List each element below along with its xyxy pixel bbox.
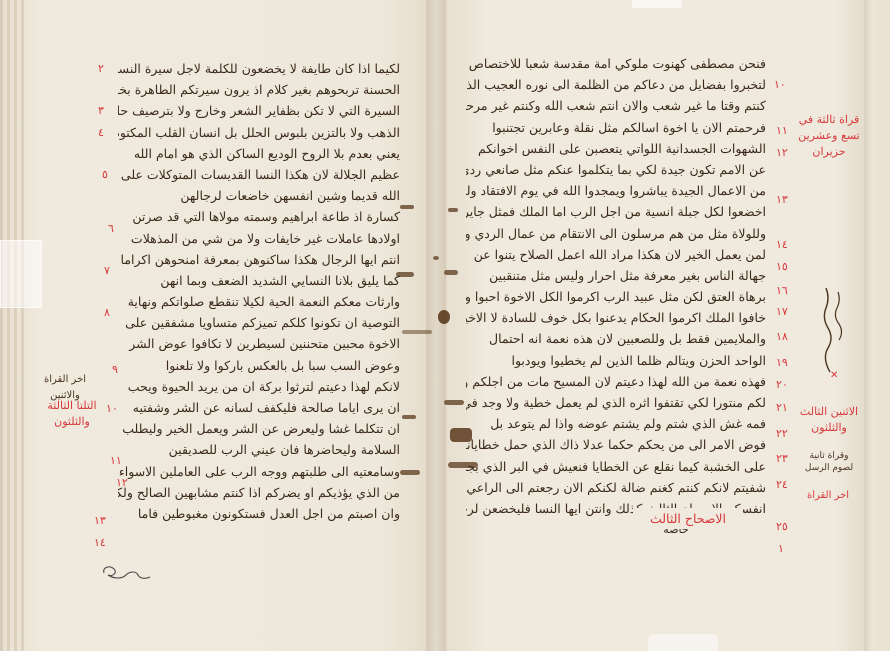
- text-line: فنحن مصطفى كهنوت ملوكي امة مقدسة شعبا لل…: [466, 53, 766, 74]
- verse-number: ١٧: [776, 305, 788, 318]
- verse-number: ١٠: [106, 402, 118, 415]
- text-line: فرحمتم الان يا اخوة اسالكم مثل نقلة وعاب…: [466, 117, 766, 138]
- text-line: برهاة العتق لكن مثل عبيد الرب اكرموا الك…: [466, 286, 766, 307]
- text-line: لمن يعمل الخير لان هكذا مراد الله اعمل ا…: [466, 244, 766, 265]
- text-line: لكيما اذا كان طايفة لا يخضعون للكلمة لاج…: [118, 58, 400, 79]
- verse-number: ٤: [98, 126, 104, 139]
- text-line: كسارة اذ طاعة ابراهيم وسمته مولاها التي …: [118, 206, 400, 227]
- text-line: فوض الامر الى من يحكم حكما عدلا ذاك الذي…: [466, 434, 766, 455]
- text-line: التوصية ان تكونوا كلكم تميزكم متساويا مش…: [118, 312, 400, 333]
- repair-tape-top: [632, 0, 682, 8]
- verse-number: ٢٠: [776, 378, 788, 391]
- text-line: الحسنة تربحوهم بغير كلام اذ يرون سيرتكم …: [118, 79, 400, 100]
- end-flourish-icon: [100, 563, 152, 583]
- manuscript-spread: لكيما اذا كان طايفة لا يخضعون للكلمة لاج…: [0, 0, 890, 651]
- verse-number: ١٠: [774, 78, 786, 91]
- text-line: والملايمين فقط بل وللصعبين لان هذه نعمة …: [466, 328, 766, 349]
- verse-number: ١٢: [116, 476, 128, 489]
- binding-gutter: [426, 0, 446, 651]
- chapter-heading: الاصحاح الثالث: [633, 508, 743, 529]
- text-line: الذهب ولا بالتزين بلبوس الحلل بل انسان ا…: [118, 122, 400, 143]
- ink-stain: [433, 256, 439, 260]
- text-line: لانكم لهذا دعيتم لترثوا بركة ان من يريد …: [118, 376, 400, 397]
- right-page-text: فنحن مصطفى كهنوت ملوكي امة مقدسة شعبا لل…: [466, 53, 766, 540]
- verse-number: ١٣: [94, 514, 106, 527]
- text-line: لتخبروا بفضايل من دعاكم من الظلمة الى نو…: [466, 74, 766, 95]
- left-page-edges: [0, 0, 26, 651]
- text-line: جهالة الناس بغير معرفة مثل احرار وليس مث…: [466, 265, 766, 286]
- ink-stain: [444, 270, 458, 275]
- text-line: كما يليق بلانا النسايي الشديد الضعف وبما…: [118, 270, 400, 291]
- verse-number: ٢٣: [776, 452, 788, 465]
- text-line: فمه غش الذي شتم ولم يشتم عوضه واذا لم يت…: [466, 413, 766, 434]
- text-line: اولادها عاملات غير خايفات ولا من شي من ا…: [118, 228, 400, 249]
- text-line: ان يرى اياما صالحة فليكفف لسانه عن الشر …: [118, 397, 400, 418]
- text-line: من الاعمال الجيدة يباشروا ويمجدوا الله ف…: [466, 180, 766, 201]
- repair-tape-bottom: [648, 634, 718, 651]
- text-line: وسامعتيه الى طلبتهم ووجه الرب على العامل…: [118, 461, 400, 482]
- verse-number: ٢: [98, 62, 104, 75]
- text-line: انتم ايها الرجال هكذا ساكنوهن بمعرفة امن…: [118, 249, 400, 270]
- text-line: السيرة التي لا تكن بظفاير الشعر وخارج ول…: [118, 100, 400, 121]
- text-line: السلامة وليحاضرها فان عيني الرب للصديقين: [118, 439, 400, 460]
- text-line: يعني بعدم بلا الروح الوديع الساكن الذي ه…: [118, 143, 400, 164]
- text-line: عظيم الجلالة لان هكذا النسا القديسات الم…: [118, 164, 400, 185]
- ink-stain: [444, 400, 464, 405]
- text-line: اخضعوا لكل جبلة انسية من اجل الرب اما ال…: [466, 201, 766, 222]
- text-line: لكم منتورا لكي تقتفوا اثره الذي لم يعمل …: [466, 392, 766, 413]
- text-line: وعوض السب سبا بل بالعكس باركوا ولا تلعنو…: [118, 355, 400, 376]
- left-page-text: لكيما اذا كان طايفة لا يخضعون للكلمة لاج…: [118, 58, 400, 524]
- verse-number: ٩: [112, 363, 118, 376]
- ink-stain: [400, 470, 420, 475]
- text-line: على الخشبة كيما نقلع عن الخطايا فنعيش في…: [466, 456, 766, 477]
- margin-note-third-reading: قراة ثالثة في تسع وعشرين حزيران: [796, 112, 862, 160]
- verse-number: ٢٢: [776, 427, 788, 440]
- text-line: الاخوة محبين متحننين لسيطرين لا تكافوا ع…: [118, 333, 400, 354]
- text-line: ان تتكلما غشا وليعرض عن الشر ويعمل الخير…: [118, 418, 400, 439]
- text-line: عن الامم تكون جيدة لكي بما يتكلموا عنكم …: [466, 159, 766, 180]
- verse-number: ٨: [104, 306, 110, 319]
- verse-number: ١٩: [776, 356, 788, 369]
- text-line: الواحد الحزن ويتالم ظلما الذين لم يخطيوا…: [466, 350, 766, 371]
- verse-number: ١١: [776, 124, 788, 137]
- verse-number: ٢٥: [776, 520, 788, 533]
- margin-note-tuesday-third: الاثنين الثالث والثلثون: [796, 404, 862, 436]
- ink-stain: [402, 415, 416, 419]
- verse-number: ١٢: [776, 146, 788, 159]
- text-line: الله قديما وشين انفسهن خاضعات لرجالهن: [118, 185, 400, 206]
- vertical-margin-note: ✕: [818, 282, 848, 382]
- ink-stain: [438, 310, 450, 324]
- margin-note-second-reading: وقراة ثانية لصوم الرسل: [798, 450, 860, 474]
- verse-number: ٢١: [776, 401, 788, 414]
- verse-number: ١٨: [776, 330, 788, 343]
- text-line: خافوا الملك اكرموا الحكام يدعنوا بكل خوف…: [466, 307, 766, 328]
- next-page-edge: [864, 0, 890, 651]
- verse-number: ٣: [98, 104, 104, 117]
- verse-number: ٧: [104, 264, 110, 277]
- ink-stain: [448, 208, 458, 212]
- verse-number: ٢٤: [776, 478, 788, 491]
- repair-tape-left: [0, 240, 42, 308]
- verse-number: ٦: [108, 222, 114, 235]
- verse-number: ١٤: [94, 536, 106, 549]
- verse-number: ١: [778, 542, 784, 555]
- verse-number: ٥: [102, 168, 108, 181]
- svg-text:✕: ✕: [830, 370, 838, 381]
- text-line: وان اصبتم من اجل العدل فستكونون مغبوطين …: [118, 503, 400, 524]
- text-line: فهذه نعمة من الله لهذا دعيتم لان المسيح …: [466, 371, 766, 392]
- ink-stain: [402, 330, 432, 334]
- text-line: كنتم وقتا ما غير شعب والان انتم شعب الله…: [466, 95, 766, 116]
- text-line: الشهوات الجسدانية اللواتي يتعصبن على الن…: [466, 138, 766, 159]
- margin-note-end-of-reading: اخر القراة: [800, 488, 856, 504]
- verse-number: ١٦: [776, 284, 788, 297]
- ink-stain: [400, 205, 414, 209]
- verse-number: ١٤: [776, 238, 788, 251]
- text-line: وارثات معكم النعمة الحية لكيلا تنقطع صلو…: [118, 291, 400, 312]
- margin-note-tuesday-33rd: التلتا الثالثة والثلثون: [40, 398, 104, 430]
- text-line: من الذي يؤذيكم او يضركم اذا كنتم مشابهين…: [118, 482, 400, 503]
- verse-number: ١١: [110, 454, 122, 467]
- verse-number: ١٣: [776, 193, 788, 206]
- verse-number: ١٥: [776, 260, 788, 273]
- text-line: وللولاة مثل من هم مرسلون الى الانتقام من…: [466, 223, 766, 244]
- text-line: شفيتم لانكم كنتم كغنم ضالة لكنكم الان رج…: [466, 477, 766, 498]
